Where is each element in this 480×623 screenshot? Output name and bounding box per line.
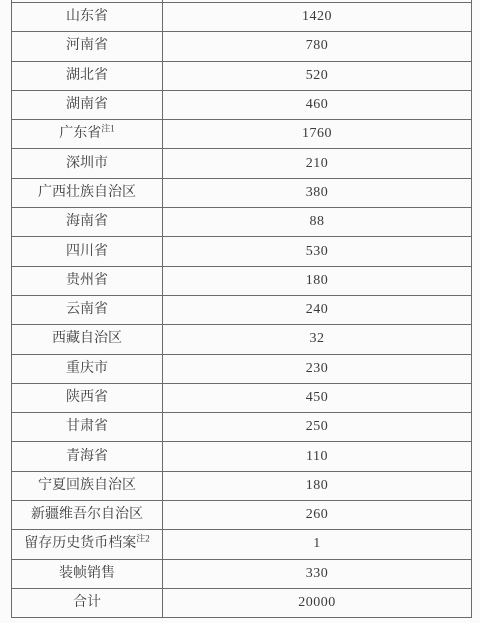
value-text: 210 (306, 156, 329, 171)
value-cell: 32 (163, 325, 472, 354)
region-cell: 湖南省 (12, 90, 163, 119)
table-row: 陕西省 450 (12, 383, 472, 412)
value-cell: 240 (163, 295, 472, 324)
region-cell: 装帧销售 (12, 559, 163, 588)
value-text: 180 (306, 478, 329, 493)
region-label: 山东省 (66, 9, 108, 24)
region-cell: 山东省 (12, 3, 163, 32)
value-cell: 88 (163, 208, 472, 237)
region-label: 湖北省 (66, 68, 108, 83)
value-text: 260 (306, 507, 329, 522)
region-label: 云南省 (66, 302, 108, 317)
region-label: 甘肃省 (66, 419, 108, 434)
region-label: 贵州省 (66, 273, 108, 288)
region-cell: 湖北省 (12, 61, 163, 90)
region-label: 留存历史货币档案 (24, 536, 136, 551)
region-label: 广东省 (59, 126, 101, 141)
value-text: 330 (306, 566, 329, 581)
region-label: 广西壮族自治区 (38, 185, 136, 200)
table-row: 山东省 1420 (12, 3, 472, 32)
value-cell: 20000 (163, 588, 472, 617)
region-label: 青海省 (66, 449, 108, 464)
value-cell: 210 (163, 149, 472, 178)
region-cell: 云南省 (12, 295, 163, 324)
value-text: 460 (306, 97, 329, 112)
value-cell: 180 (163, 471, 472, 500)
value-text: 1 (313, 536, 321, 551)
table-row: 云南省 240 (12, 295, 472, 324)
region-label: 宁夏回族自治区 (38, 478, 136, 493)
region-cell: 重庆市 (12, 354, 163, 383)
table-row: 新疆维吾尔自治区 260 (12, 501, 472, 530)
region-cell: 广东省注1 (12, 120, 163, 149)
region-cell: 青海省 (12, 442, 163, 471)
table-row: 深圳市 210 (12, 149, 472, 178)
value-text: 32 (310, 331, 325, 346)
note-superscript: 注2 (136, 534, 150, 544)
table-row: 装帧销售 330 (12, 559, 472, 588)
value-cell: 530 (163, 237, 472, 266)
region-label: 重庆市 (66, 361, 108, 376)
value-cell: 250 (163, 413, 472, 442)
region-label: 四川省 (66, 244, 108, 259)
table-row: 广东省注1 1760 (12, 120, 472, 149)
value-text: 110 (306, 449, 328, 464)
table-row: 宁夏回族自治区 180 (12, 471, 472, 500)
value-cell: 180 (163, 266, 472, 295)
value-cell: 1760 (163, 120, 472, 149)
table-row: 青海省 110 (12, 442, 472, 471)
region-label: 装帧销售 (59, 566, 115, 581)
value-text: 240 (306, 302, 329, 317)
region-cell: 留存历史货币档案注2 (12, 530, 163, 559)
region-cell: 贵州省 (12, 266, 163, 295)
table-row: 湖北省 520 (12, 61, 472, 90)
value-cell: 1420 (163, 3, 472, 32)
region-label: 深圳市 (66, 156, 108, 171)
value-cell: 520 (163, 61, 472, 90)
value-text: 1420 (302, 9, 332, 24)
value-cell: 230 (163, 354, 472, 383)
value-cell: 1 (163, 530, 472, 559)
region-cell: 宁夏回族自治区 (12, 471, 163, 500)
value-text: 520 (306, 68, 329, 83)
region-cell: 新疆维吾尔自治区 (12, 501, 163, 530)
value-cell: 260 (163, 501, 472, 530)
region-label: 陕西省 (66, 390, 108, 405)
region-label: 河南省 (66, 38, 108, 53)
value-text: 180 (306, 273, 329, 288)
region-label: 湖南省 (66, 97, 108, 112)
region-label: 西藏自治区 (52, 331, 122, 346)
table-row: 贵州省 180 (12, 266, 472, 295)
region-cell: 河南省 (12, 32, 163, 61)
value-text: 250 (306, 419, 329, 434)
value-cell: 450 (163, 383, 472, 412)
table-row: 四川省 530 (12, 237, 472, 266)
table-row: 甘肃省 250 (12, 413, 472, 442)
region-cell: 广西壮族自治区 (12, 178, 163, 207)
region-label: 新疆维吾尔自治区 (31, 507, 143, 522)
region-cell: 甘肃省 (12, 413, 163, 442)
region-cell: 陕西省 (12, 383, 163, 412)
value-text: 780 (306, 38, 329, 53)
region-cell: 合计 (12, 588, 163, 617)
value-text: 530 (306, 244, 329, 259)
value-cell: 460 (163, 90, 472, 119)
value-text: 1760 (302, 126, 332, 141)
value-cell: 330 (163, 559, 472, 588)
table-body: 山东省 1420 河南省 780 湖北省 520 湖南省 460 广东省注1 1… (12, 0, 472, 618)
table-row: 西藏自治区 32 (12, 325, 472, 354)
value-text: 230 (306, 361, 329, 376)
region-label: 海南省 (66, 214, 108, 229)
value-cell: 380 (163, 178, 472, 207)
region-cell: 四川省 (12, 237, 163, 266)
table-row: 湖南省 460 (12, 90, 472, 119)
value-cell: 110 (163, 442, 472, 471)
region-label: 合计 (73, 595, 101, 610)
table-row: 留存历史货币档案注2 1 (12, 530, 472, 559)
value-text: 88 (310, 214, 325, 229)
value-text: 380 (306, 185, 329, 200)
region-cell: 西藏自治区 (12, 325, 163, 354)
table-row: 合计 20000 (12, 588, 472, 617)
value-cell: 780 (163, 32, 472, 61)
value-text: 450 (306, 390, 329, 405)
region-cell: 海南省 (12, 208, 163, 237)
value-text: 20000 (298, 595, 336, 610)
region-cell: 深圳市 (12, 149, 163, 178)
table-row: 海南省 88 (12, 208, 472, 237)
region-quantity-table: 山东省 1420 河南省 780 湖北省 520 湖南省 460 广东省注1 1… (11, 0, 472, 618)
table-row: 广西壮族自治区 380 (12, 178, 472, 207)
note-superscript: 注1 (101, 124, 115, 134)
table-row: 河南省 780 (12, 32, 472, 61)
table-row: 重庆市 230 (12, 354, 472, 383)
